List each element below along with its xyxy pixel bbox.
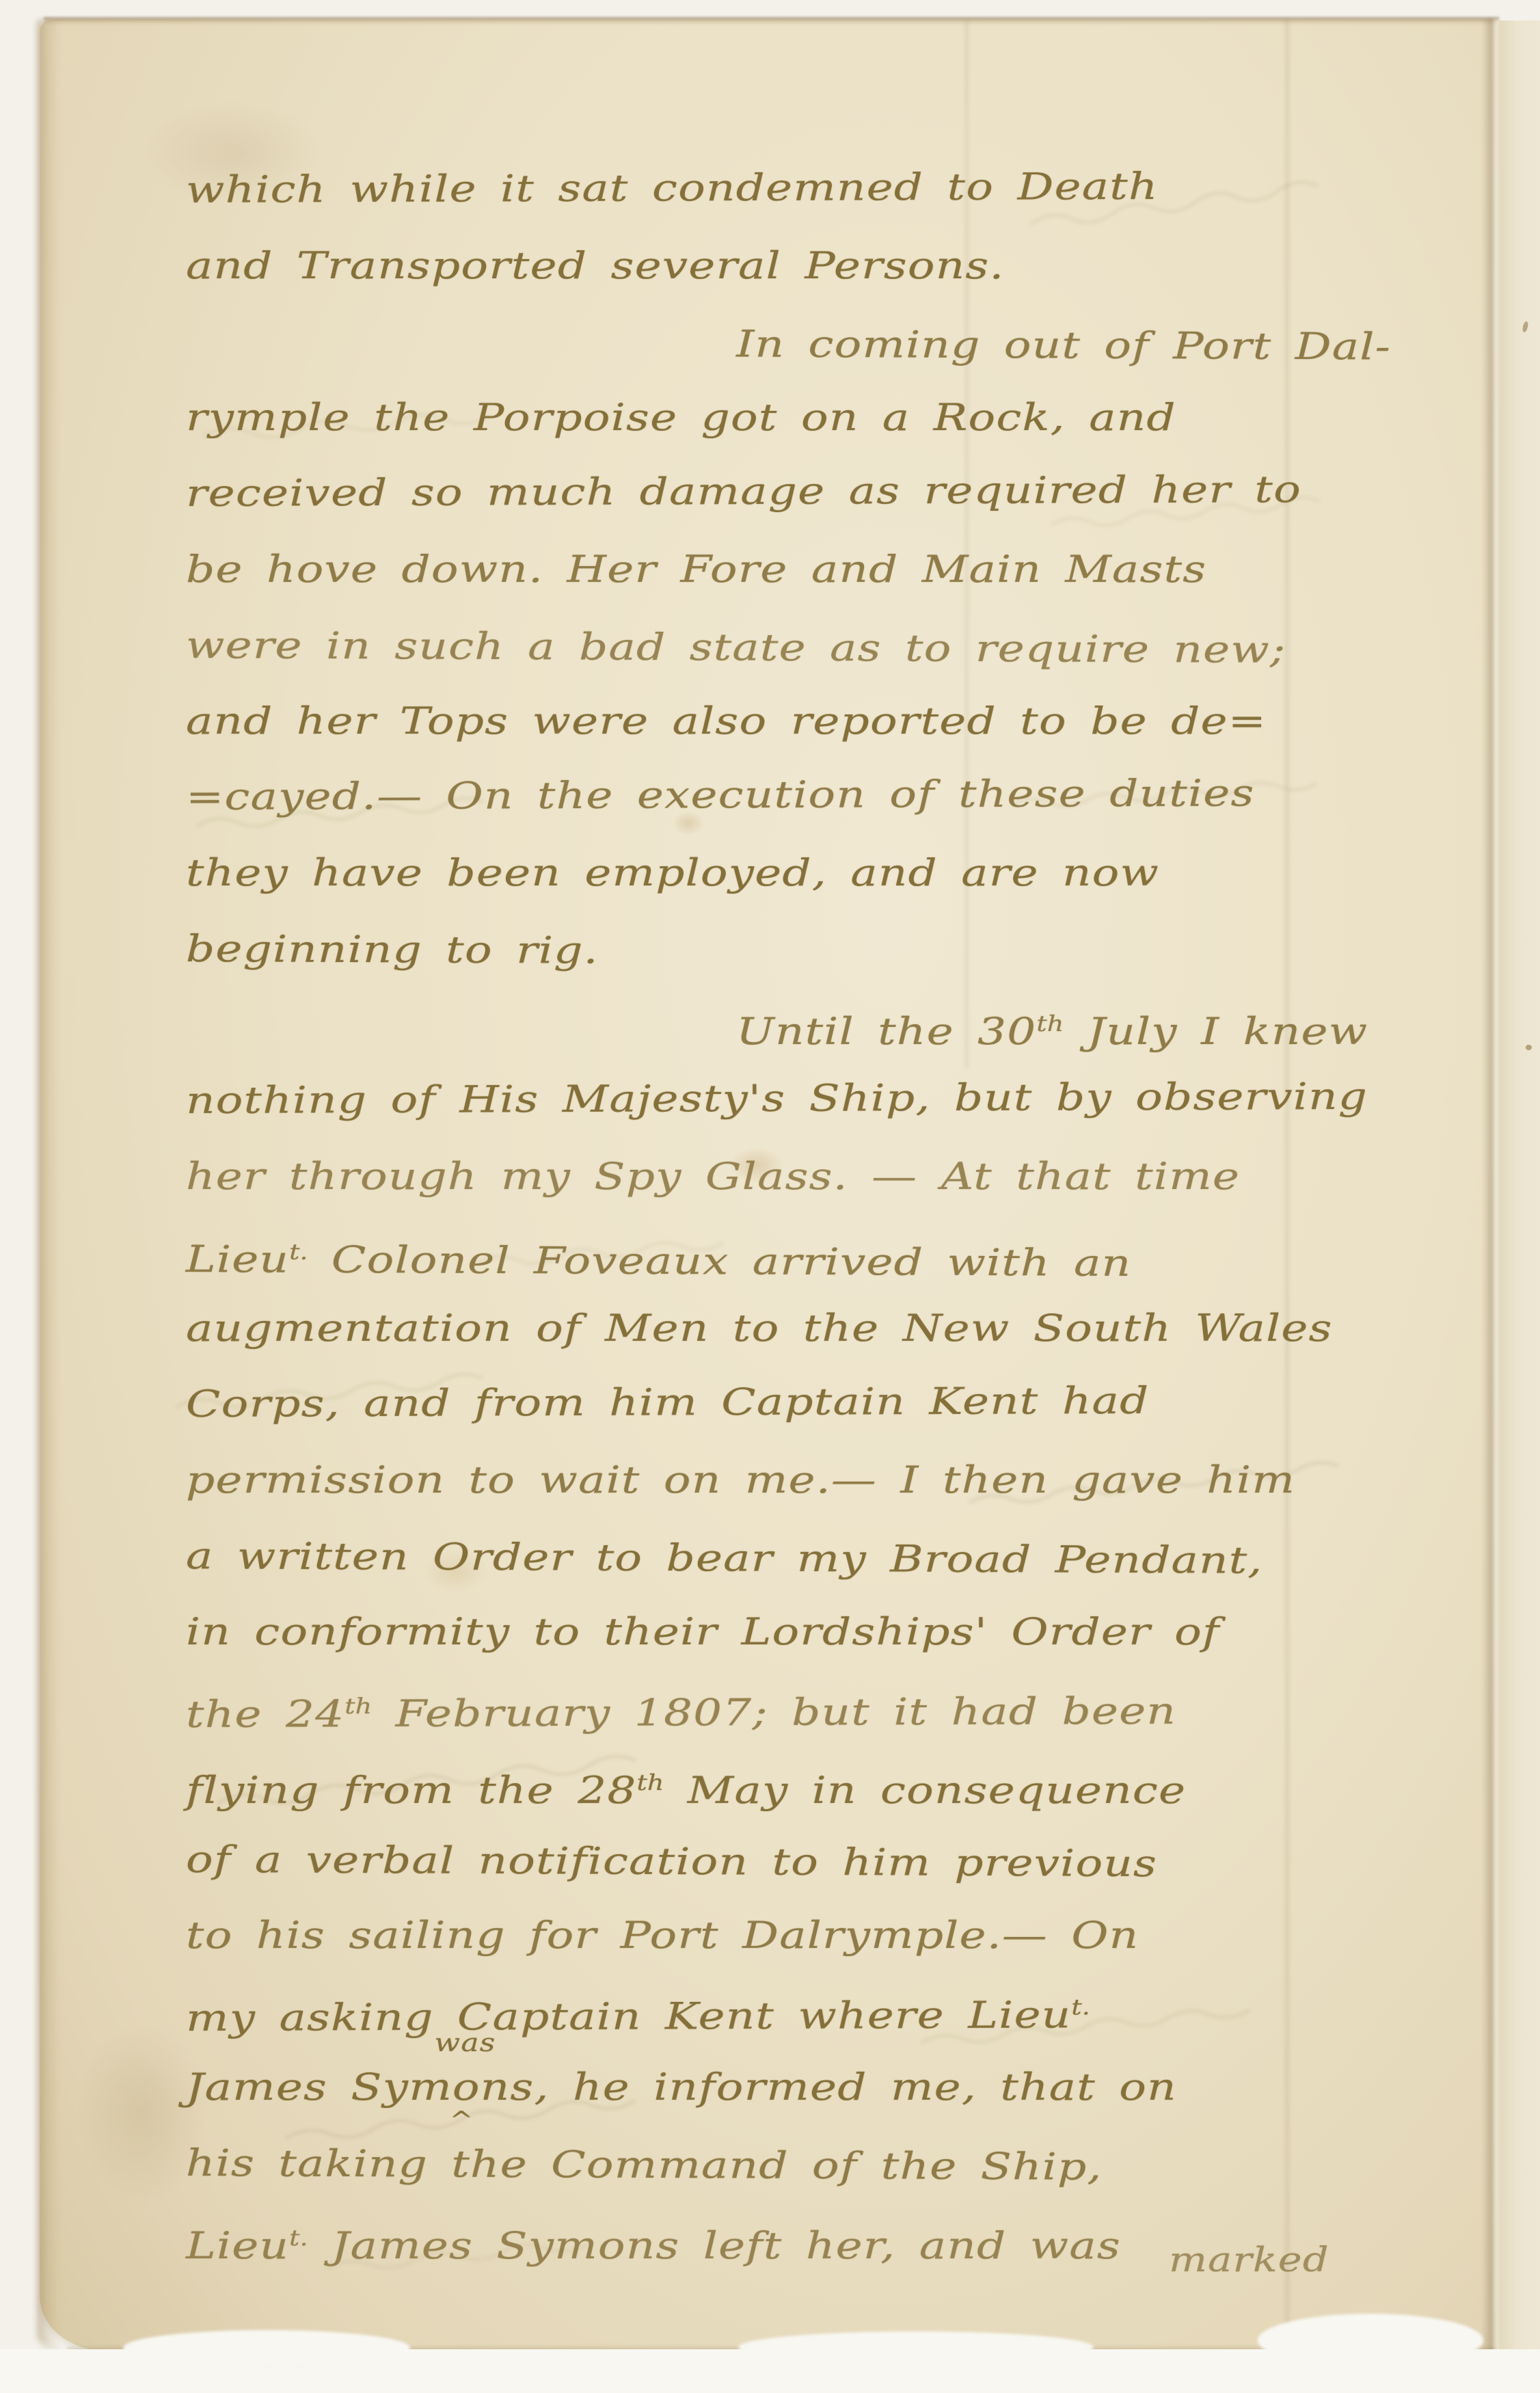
- manuscript-line: in conformity to their Lordships' Order …: [186, 1594, 1437, 1670]
- letter-body-text: which while it sat condemned to Deathand…: [186, 152, 1437, 2277]
- manuscript-line: nothing of His Majesty's Ship, but by ob…: [186, 1058, 1437, 1138]
- manuscript-line: beginning to rig.: [186, 911, 1437, 992]
- manuscript-line: and her Tops were also reported to be de…: [186, 683, 1437, 759]
- manuscript-line: permission to wait on me.— I then gave h…: [186, 1442, 1437, 1518]
- manuscript-line: the 24th February 1807; but it had been: [186, 1665, 1437, 1746]
- manuscript-line: which while it sat condemned to Death: [186, 147, 1437, 228]
- paper-top-edge: [44, 17, 1499, 25]
- scanned-manuscript-letter: which while it sat condemned to Deathand…: [0, 0, 1540, 2393]
- manuscript-page: which while it sat condemned to Deathand…: [40, 19, 1499, 2351]
- manuscript-line: his taking the Command of the Ship,: [186, 2125, 1437, 2206]
- catchword: marked: [1169, 2240, 1329, 2280]
- manuscript-line: flying from the 28th May in consequence: [186, 1746, 1437, 1821]
- manuscript-line: be hove down. Her Fore and Main Masts: [186, 531, 1437, 607]
- manuscript-line: they have been employed, and are now: [186, 835, 1437, 911]
- adjacent-page-edge: [1497, 21, 1540, 2356]
- deckle-edge-left: [37, 19, 60, 2351]
- inserted-word-above-line: was: [435, 2030, 496, 2057]
- manuscript-line: a written Order to bear my Broad Pendant…: [186, 1518, 1437, 1599]
- manuscript-line: Until the 30th July I knew: [186, 987, 1437, 1062]
- manuscript-line: of a verbal notification to him previous: [186, 1821, 1437, 1903]
- manuscript-line: Corps, and from him Captain Kent had: [186, 1361, 1437, 1442]
- manuscript-line: rymple the Porpoise got on a Rock, and: [186, 379, 1437, 455]
- manuscript-line: my asking Captain Kent where Lieut.: [186, 1968, 1437, 2049]
- manuscript-line: her through my Spy Glass. — At that time: [186, 1138, 1437, 1214]
- manuscript-line: were in such a bad state as to require n…: [186, 607, 1437, 689]
- manuscript-line: to his sailing for Port Dalrymple.— On: [186, 1897, 1437, 1973]
- manuscript-line: Lieut. Colonel Foveaux arrived with an: [186, 1214, 1437, 1296]
- manuscript-line: In coming out of Port Dal-: [186, 304, 1437, 385]
- manuscript-line: James Symons, he informed me, that onwas…: [186, 2049, 1437, 2125]
- fold-crease: [1482, 19, 1500, 2355]
- manuscript-line: augmentation of Men to the New South Wal…: [186, 1290, 1437, 1366]
- torn-edge-bump: [1258, 2314, 1483, 2367]
- stray-ink-mark: [1526, 1045, 1532, 1050]
- torn-edge-bump: [738, 2331, 1094, 2363]
- manuscript-line: and Transported several Persons.: [186, 228, 1437, 304]
- manuscript-line: =cayed.— On the execution of these dutie…: [186, 754, 1437, 835]
- torn-edge-bump: [123, 2330, 410, 2366]
- manuscript-line: received so much damage as required her …: [186, 451, 1437, 531]
